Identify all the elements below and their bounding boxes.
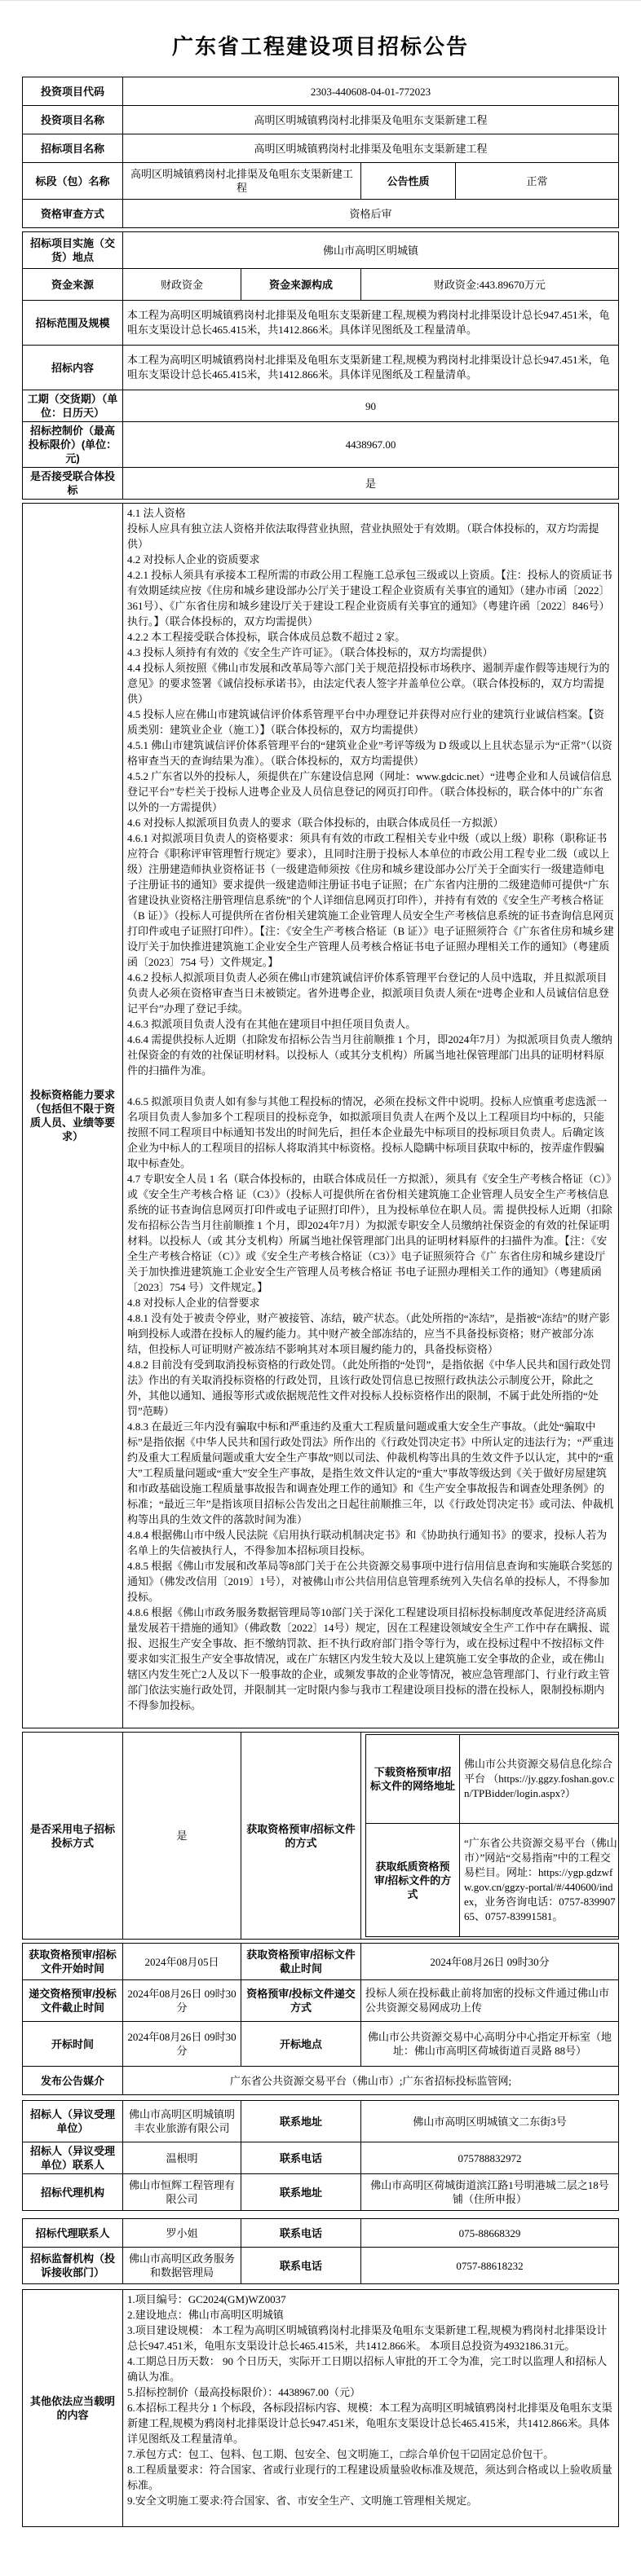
basic-info-table: 投资项目代码 2303-440608-04-01-772023 投资项目名称 高…	[22, 77, 619, 228]
table-row: 招标范围及规模 本工程为高明区明城镇鸦岗村北排渠及龟咀东支渠新建工程,规模为鸦岗…	[22, 301, 618, 346]
bid-opening-place-label: 开标地点	[241, 2022, 361, 2067]
contacts-table-1: 招标人（异议受理单位） 佛山市高明区明城镇明丰农业旅游有限公司 联系地址 佛山市…	[22, 2100, 619, 2211]
table-row: 招标代理机构 佛山市恒辉工程管理有限公司 联系地址 佛山市高明区荷城街道滨江路1…	[23, 2174, 619, 2211]
other-content-label: 其他依法应当载明的内容	[23, 2290, 123, 2527]
tender-project-name-value: 高明区明城镇鸦岗村北排渠及龟咀东支渠新建工程	[122, 134, 618, 163]
agency-phone-value: 075-88668329	[361, 2219, 619, 2248]
project-detail-table: 招标项目实施（交货）地点 佛山市高明区明城镇 资金来源 财政资金 资金来源构成 …	[22, 231, 619, 500]
table-row: 获取纸质资格预审/招标文件的方式 “广东省公共资源交易平台（佛山市）”网站“交易…	[366, 1824, 619, 1937]
ebidding-value: 是	[123, 1733, 241, 1940]
tender-content-value: 本工程为高明区明城镇鸦岗村北排渠及龟咀东支渠新建工程,规模为鸦岗村北排渠设计总长…	[122, 346, 618, 390]
duration-value: 90	[122, 390, 618, 422]
consortium-accepted-value: 是	[122, 468, 618, 500]
table-row: 投资项目名称 高明区明城镇鸦岗村北排渠及龟咀东支渠新建工程	[22, 106, 618, 134]
investment-code-value: 2303-440608-04-01-772023	[122, 77, 618, 106]
control-price-value: 4438967.00	[122, 422, 618, 468]
download-url-label: 下载资格预审/招标文件的网络地址	[366, 1735, 460, 1824]
table-row: 下载资格预审/招标文件的网络地址 佛山市公共资源交易信息化综合平台 （https…	[366, 1735, 619, 1824]
table-row: 是否采用电子招标投标方式 是 获取资格预审/招标文件的方式 下载资格预审/招标文…	[23, 1733, 619, 1940]
tender-content-label: 招标内容	[22, 346, 122, 390]
agency-address-value: 佛山市高明区荷城街道滨江路1号明港城二层之18号铺（住所申报）	[361, 2174, 619, 2211]
table-row: 是否接受联合体投标 是	[22, 468, 618, 500]
supervision-phone-label: 联系电话	[241, 2248, 361, 2284]
obtain-deadline-value: 2024年08月26日 09时30分	[361, 1944, 619, 1980]
table-row: 招标人（异议受理单位） 佛山市高明区明城镇明丰农业旅游有限公司 联系地址 佛山市…	[23, 2101, 619, 2142]
contacts-table-2: 招标代理联系人 罗小姐 联系电话 075-88668329 招标监督机构（投诉接…	[22, 2218, 619, 2284]
table-row: 资格审查方式 资格后审	[22, 200, 618, 228]
table-row: 招标项目名称 高明区明城镇鸦岗村北排渠及龟咀东支渠新建工程	[22, 134, 618, 163]
tenderer-phone-value: 075788832972	[361, 2142, 619, 2174]
agency-label: 招标代理机构	[23, 2174, 123, 2211]
tenderer-phone-label: 联系电话	[241, 2142, 361, 2174]
qualification-review-value: 资格后审	[122, 200, 618, 228]
schedule-table: 获取资格预审/招标文件开始时间 2024年08月05日 获取资格预审/招标文件截…	[22, 1943, 619, 2095]
section-name-value: 高明区明城镇鸦岗村北排渠及龟咀东支渠新建工程	[122, 163, 360, 200]
fund-composition-value: 财政资金:443.89670万元	[360, 269, 618, 301]
tenderer-address-label: 联系地址	[241, 2101, 361, 2142]
submission-method-label: 资格预审/投标文件递交方式	[241, 1980, 361, 2022]
table-row: 招标监督机构（投诉接收部门） 佛山市高明区政务服务和数据管理局 联系电话 075…	[23, 2248, 619, 2284]
table-row: 标段（包）名称 高明区明城镇鸦岗村北排渠及龟咀东支渠新建工程 公告性质 正常	[22, 163, 618, 200]
obtain-documents-cell: 下载资格预审/招标文件的网络地址 佛山市公共资源交易信息化综合平台 （https…	[361, 1733, 619, 1940]
table-row: 开标时间 2024年08月26日 09时30分 开标地点 佛山市公共资源交易中心…	[23, 2022, 619, 2067]
table-row: 其他依法应当载明的内容 1.项目编号：GC2024(GM)WZ0037 2.建设…	[23, 2290, 619, 2527]
obtain-start-time-label: 获取资格预审/招标文件开始时间	[23, 1944, 123, 1980]
fund-source-label: 资金来源	[22, 269, 122, 301]
fund-composition-label: 资金来源构成	[241, 269, 360, 301]
supervision-phone-value: 0757-88618232	[361, 2248, 619, 2284]
obtain-documents-subtable: 下载资格预审/招标文件的网络地址 佛山市公共资源交易信息化综合平台 （https…	[365, 1734, 619, 1937]
qualification-table: 投标资格能力要求（包括但不限于资质人员、业绩等要求） 4.1 法人资格 投标人应…	[22, 503, 619, 1728]
table-row: 招标项目实施（交货）地点 佛山市高明区明城镇	[22, 232, 618, 269]
table-row: 发布公告媒介 广东省公共资源交易平台（佛山市）;广东省招标投标监管网;	[23, 2067, 619, 2095]
delivery-location-value: 佛山市高明区明城镇	[122, 232, 618, 269]
duration-label: 工期（交货期）（单位：日历天）	[22, 390, 122, 422]
tenderer-address-value: 佛山市高明区明城镇文二东街3号	[361, 2101, 619, 2142]
notice-nature-value: 正常	[455, 163, 618, 200]
supervision-value: 佛山市高明区政务服务和数据管理局	[123, 2248, 241, 2284]
table-row: 获取资格预审/招标文件开始时间 2024年08月05日 获取资格预审/招标文件截…	[23, 1944, 619, 1980]
control-price-label: 招标控制价（最高投标限价）(单位：元)	[22, 422, 122, 468]
table-row: 招标代理联系人 罗小姐 联系电话 075-88668329	[23, 2219, 619, 2248]
bid-opening-time-label: 开标时间	[23, 2022, 123, 2067]
investment-name-value: 高明区明城镇鸦岗村北排渠及龟咀东支渠新建工程	[122, 106, 618, 134]
other-content-text-body: 1.项目编号：GC2024(GM)WZ0037 2.建设地点：佛山市高明区明城镇…	[127, 2292, 614, 2525]
tenderer-contact-value: 温根明	[123, 2142, 241, 2174]
tenderer-value: 佛山市高明区明城镇明丰农业旅游有限公司	[123, 2101, 241, 2142]
agency-phone-label: 联系电话	[241, 2219, 361, 2248]
paper-documents-label: 获取纸质资格预审/招标文件的方式	[366, 1824, 460, 1937]
table-row: 递交资格预审/投标文件截止时间 2024年08月26日 09时30分 资格预审/…	[23, 1980, 619, 2022]
section-name-label: 标段（包）名称	[22, 163, 122, 200]
ebidding-table: 是否采用电子招标投标方式 是 获取资格预审/招标文件的方式 下载资格预审/招标文…	[22, 1732, 619, 1940]
agency-contact-value: 罗小姐	[123, 2219, 241, 2248]
submission-method-value: 投标人须在投标截止前将加密的投标文件通过佛山市公共资源交易网成功上传	[361, 1980, 619, 2022]
tender-scope-value: 本工程为高明区明城镇鸦岗村北排渠及龟咀东支渠新建工程,规模为鸦岗村北排渠设计总长…	[122, 301, 618, 346]
bid-opening-time-value: 2024年08月26日 09时30分	[123, 2022, 241, 2067]
table-row: 招标人（异议受理单位）联系人 温根明 联系电话 075788832972	[23, 2142, 619, 2174]
bidder-qualification-text: 4.1 法人资格 投标人应具有独立法人资格并依法取得营业执照，营业执照处于有效期…	[122, 504, 618, 1728]
fund-source-value: 财政资金	[122, 269, 241, 301]
obtain-documents-label: 获取资格预审/招标文件的方式	[241, 1733, 361, 1940]
announcement-media-label: 发布公告媒介	[23, 2067, 123, 2095]
submission-deadline-label: 递交资格预审/投标文件截止时间	[23, 1980, 123, 2022]
tender-project-name-label: 招标项目名称	[22, 134, 122, 163]
consortium-accepted-label: 是否接受联合体投标	[22, 468, 122, 500]
supervision-label: 招标监督机构（投诉接收部门）	[23, 2248, 123, 2284]
download-url-value: 佛山市公共资源交易信息化综合平台 （https://jy.ggzy.foshan…	[460, 1735, 619, 1824]
obtain-start-time-value: 2024年08月05日	[123, 1944, 241, 1980]
notice-nature-label: 公告性质	[360, 163, 455, 200]
bid-opening-place-value: 佛山市公共资源交易中心高明分中心指定开标室（地址：佛山市高明区荷城街道百灵路 8…	[361, 2022, 619, 2067]
bidder-qualification-label: 投标资格能力要求（包括但不限于资质人员、业绩等要求）	[22, 504, 122, 1728]
agency-contact-label: 招标代理联系人	[23, 2219, 123, 2248]
investment-name-label: 投资项目名称	[22, 106, 122, 134]
table-row: 投标资格能力要求（包括但不限于资质人员、业绩等要求） 4.1 法人资格 投标人应…	[22, 504, 618, 1728]
table-row: 工期（交货期）（单位：日历天） 90	[22, 390, 618, 422]
table-row: 投资项目代码 2303-440608-04-01-772023	[22, 77, 618, 106]
submission-deadline-value: 2024年08月26日 09时30分	[123, 1980, 241, 2022]
table-row: 资金来源 财政资金 资金来源构成 财政资金:443.89670万元	[22, 269, 618, 301]
announcement-page: 广东省工程建设项目招标公告 投资项目代码 2303-440608-04-01-7…	[0, 0, 641, 2576]
agency-value: 佛山市恒辉工程管理有限公司	[123, 2174, 241, 2211]
page-title: 广东省工程建设项目招标公告	[0, 30, 641, 60]
agency-address-label: 联系地址	[241, 2174, 361, 2211]
delivery-location-label: 招标项目实施（交货）地点	[22, 232, 122, 269]
paper-documents-value: “广东省公共资源交易平台（佛山市）”网站“交易指南”中的工程交易栏目。网址：ht…	[460, 1824, 619, 1937]
other-content-table: 其他依法应当载明的内容 1.项目编号：GC2024(GM)WZ0037 2.建设…	[22, 2289, 619, 2527]
tenderer-contact-label: 招标人（异议受理单位）联系人	[23, 2142, 123, 2174]
qualification-review-label: 资格审查方式	[22, 200, 122, 228]
tenderer-label: 招标人（异议受理单位）	[23, 2101, 123, 2142]
table-row: 招标内容 本工程为高明区明城镇鸦岗村北排渠及龟咀东支渠新建工程,规模为鸦岗村北排…	[22, 346, 618, 390]
other-content-text: 1.项目编号：GC2024(GM)WZ0037 2.建设地点：佛山市高明区明城镇…	[123, 2290, 619, 2527]
tender-scope-label: 招标范围及规模	[22, 301, 122, 346]
obtain-deadline-label: 获取资格预审/招标文件截止时间	[241, 1944, 361, 1980]
investment-code-label: 投资项目代码	[22, 77, 122, 106]
announcement-media-value: 广东省公共资源交易平台（佛山市）;广东省招标投标监管网;	[123, 2067, 619, 2095]
table-row: 招标控制价（最高投标限价）(单位：元) 4438967.00	[22, 422, 618, 468]
bidder-qualification-text-body: 4.1 法人资格 投标人应具有独立法人资格并依法取得营业执照，营业执照处于有效期…	[127, 505, 614, 1726]
ebidding-label: 是否采用电子招标投标方式	[23, 1733, 123, 1940]
